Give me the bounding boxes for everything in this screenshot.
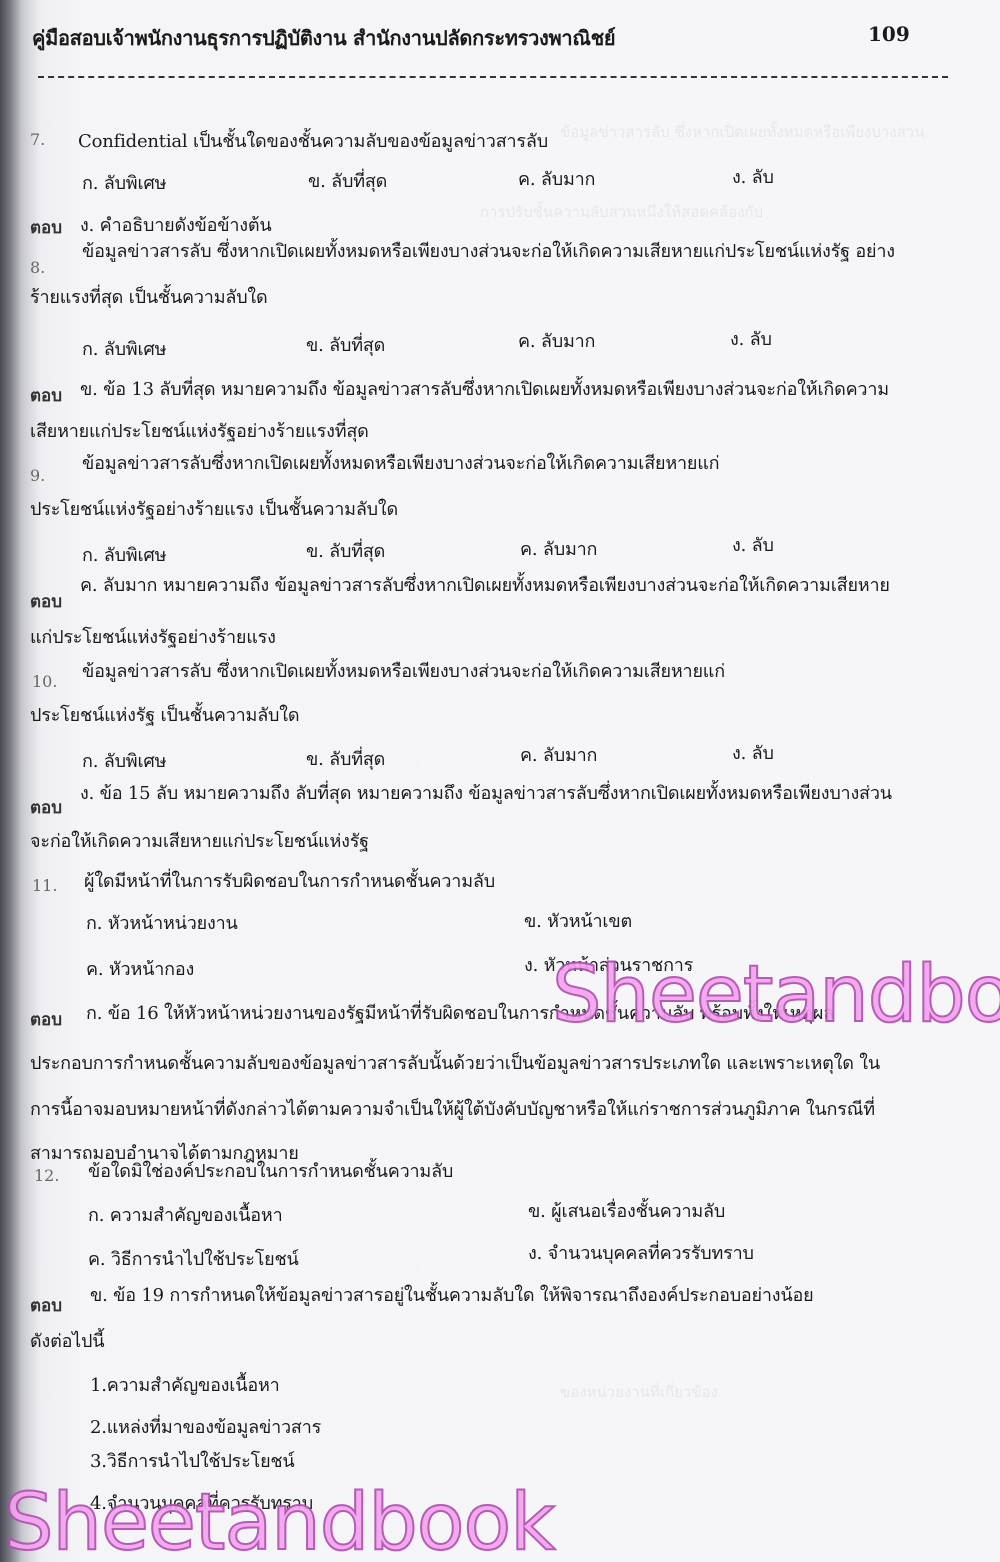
answer-label: ตอบ [30, 1292, 62, 1319]
bleed-through-text: การปรับชั้นความลับส่วนหนึ่งให้สอดคล้องกั… [480, 200, 763, 224]
choice: ก. ลับพิเศษ [82, 746, 166, 775]
book-page: ข้อมูลข่าวสารลับ ซึ่งหากเปิดเผยทั้งหมดหร… [0, 0, 1000, 1562]
choice: ข. ลับที่สุด [306, 536, 385, 565]
page-number: 109 [868, 22, 910, 46]
choice: ข. ลับที่สุด [306, 330, 385, 359]
question-text: ประโยชน์แห่งรัฐ เป็นชั้นความลับใด [30, 700, 299, 729]
answer-list-item: 1.ความสำคัญของเนื้อหา [90, 1370, 280, 1399]
running-header-title: คู่มือสอบเจ้าพนักงานธุรการปฏิบัติงาน สำน… [32, 22, 615, 54]
answer-text: แก่ประโยชน์แห่งรัฐอย่างร้ายแรง [30, 622, 276, 651]
choice: ค. วิธีการนำไปใช้ประโยชน์ [88, 1244, 299, 1273]
answer-text: ข. ข้อ 13 ลับที่สุด หมายความถึง ข้อมูลข่… [80, 374, 889, 403]
answer-list-item: 3.วิธีการนำไปใช้ประโยชน์ [90, 1446, 295, 1475]
choice: ง. ลับ [732, 162, 774, 191]
bleed-through-text: ของหน่วยงานที่เกี่ยวข้อง [560, 1380, 718, 1404]
question-number: 10. [32, 672, 57, 691]
answer-text: จะก่อให้เกิดความเสียหายแก่ประโยชน์แห่งรั… [30, 826, 369, 855]
answer-text: ข. ข้อ 19 การกำหนดให้ข้อมูลข่าวสารอยู่ใน… [90, 1280, 813, 1309]
choice: ข. ผู้เสนอเรื่องชั้นความลับ [528, 1196, 725, 1225]
answer-text: ดังต่อไปนี้ [30, 1326, 104, 1355]
watermark: Sheetandbook [552, 950, 1000, 1040]
answer-label: ตอบ [30, 794, 62, 821]
choice: ก. ลับพิเศษ [82, 540, 166, 569]
question-text: ข้อใดมิใช่องค์ประกอบในการกำหนดชั้นความลั… [88, 1156, 453, 1185]
choice: ค. ลับมาก [518, 164, 595, 193]
answer-text: ประกอบการกำหนดชั้นความลับของข้อมูลข่าวสา… [30, 1048, 880, 1077]
answer-label: ตอบ [30, 588, 62, 615]
choice: ข. หัวหน้าเขต [524, 906, 632, 935]
answer-label: ตอบ [30, 382, 62, 409]
choice: ง. ลับ [732, 530, 774, 559]
question-number: 11. [32, 876, 57, 895]
question-text: ข้อมูลข่าวสารลับ ซึ่งหากเปิดเผยทั้งหมดหร… [82, 656, 725, 685]
choice: ก. หัวหน้าหน่วยงาน [86, 908, 238, 937]
answer-text: ค. ลับมาก หมายความถึง ข้อมูลข่าวสารลับซึ… [80, 570, 890, 599]
choice: ค. หัวหน้ากอง [86, 954, 194, 983]
question-text: ร้ายแรงที่สุด เป็นชั้นความลับใด [30, 282, 268, 311]
choice: ข. ลับที่สุด [308, 166, 387, 195]
answer-label: ตอบ [30, 1006, 62, 1033]
answer-label: ตอบ [30, 214, 62, 241]
answer-text: การนี้อาจมอบหมายหน้าที่ดังกล่าวได้ตามควา… [30, 1094, 875, 1123]
choice: ค. ลับมาก [520, 740, 597, 769]
header-divider [38, 76, 948, 78]
question-text: ข้อมูลข่าวสารลับซึ่งหากเปิดเผยทั้งหมดหรื… [82, 448, 719, 477]
bleed-through-text: ข้อมูลข่าวสารลับ ซึ่งหากเปิดเผยทั้งหมดหร… [560, 120, 924, 144]
choice: ง. จำนวนบุคคลที่ควรรับทราบ [528, 1238, 754, 1267]
question-number: 9. [30, 466, 45, 485]
question-number: 8. [30, 258, 45, 277]
question-number: 7. [30, 130, 45, 149]
question-text: ประโยชน์แห่งรัฐอย่างร้ายแรง เป็นชั้นความ… [30, 494, 398, 523]
choice: ง. ลับ [732, 738, 774, 767]
question-number: 12. [34, 1166, 59, 1185]
choice: ง. ลับ [730, 324, 772, 353]
choice: ค. ลับมาก [520, 534, 597, 563]
choice: ก. ความสำคัญของเนื้อหา [88, 1200, 282, 1229]
choice: ก. ลับพิเศษ [82, 168, 166, 197]
question-text: ข้อมูลข่าวสารลับ ซึ่งหากเปิดเผยทั้งหมดหร… [82, 236, 895, 265]
question-text: Confidential เป็นชั้นใดของชั้นความลับของ… [78, 126, 548, 155]
answer-list-item: 2.แหล่งที่มาของข้อมูลข่าวสาร [90, 1412, 321, 1441]
answer-text: ง. คำอธิบายดังข้อข้างต้น [80, 210, 271, 239]
question-text: ผู้ใดมีหน้าที่ในการรับผิดชอบในการกำหนดชั… [84, 866, 495, 895]
choice: ก. ลับพิเศษ [82, 334, 166, 363]
choice: ข. ลับที่สุด [306, 744, 385, 773]
answer-text: ง. ข้อ 15 ลับ หมายความถึง ลับที่สุด หมาย… [80, 778, 892, 807]
choice: ค. ลับมาก [518, 326, 595, 355]
answer-text: เสียหายแก่ประโยชน์แห่งรัฐอย่างร้ายแรงที่… [30, 416, 369, 445]
watermark: Sheetandbook [4, 1478, 554, 1562]
